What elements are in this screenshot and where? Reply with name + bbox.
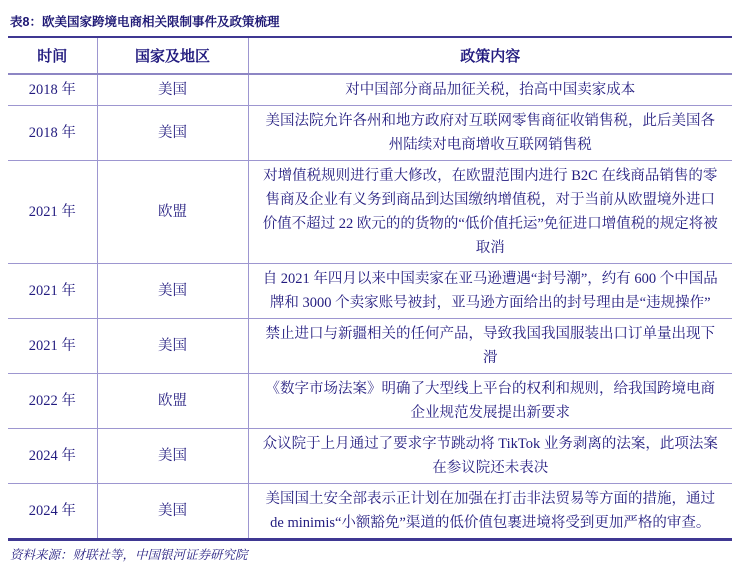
report-page: 表8：欧美国家跨境电商相关限制事件及政策梳理 时间 国家及地区 政策内容 201… [0,0,740,565]
policy-cell: 禁止进口与新疆相关的任何产品，导致我国我国服装出口订单量出现下滑 [248,319,732,374]
time-cell: 2022 年 [8,374,97,429]
region-cell: 美国 [97,106,248,161]
policy-table: 时间 国家及地区 政策内容 2018 年 美国 对中国部分商品加征关税，抬高中国… [8,38,732,541]
region-cell: 美国 [97,319,248,374]
table-row: 2022 年 欧盟 《数字市场法案》明确了大型线上平台的权利和规则，给我国跨境电… [8,374,732,429]
time-cell: 2021 年 [8,319,97,374]
table-row: 2024 年 美国 众议院于上月通过了要求字节跳动将 TikTok 业务剥离的法… [8,429,732,484]
policy-cell: 自 2021 年四月以来中国卖家在亚马逊遭遇“封号潮”，约有 600 个中国品牌… [248,264,732,319]
time-cell: 2018 年 [8,106,97,161]
policy-cell: 对中国部分商品加征关税，抬高中国卖家成本 [248,74,732,106]
region-cell: 美国 [97,429,248,484]
table-row: 2024 年 美国 美国国土安全部表示正计划在加强在打击非法贸易等方面的措施，通… [8,484,732,540]
source-note: 资料来源：财联社等，中国银河证券研究院 [8,541,732,563]
region-cell: 美国 [97,264,248,319]
policy-cell: 美国法院允许各州和地方政府对互联网零售商征收销售税，此后美国各州陆续对电商增收互… [248,106,732,161]
table-header-row: 时间 国家及地区 政策内容 [8,38,732,74]
time-cell: 2024 年 [8,484,97,540]
header-region: 国家及地区 [97,38,248,74]
region-cell: 欧盟 [97,374,248,429]
table-row: 2018 年 美国 对中国部分商品加征关税，抬高中国卖家成本 [8,74,732,106]
table-row: 2021 年 美国 禁止进口与新疆相关的任何产品，导致我国我国服装出口订单量出现… [8,319,732,374]
policy-cell: 美国国土安全部表示正计划在加强在打击非法贸易等方面的措施，通过 de minim… [248,484,732,540]
policy-cell: 对增值税规则进行重大修改，在欧盟范围内进行 B2C 在线商品销售的零售商及企业有… [248,161,732,264]
region-cell: 美国 [97,484,248,540]
policy-cell: 众议院于上月通过了要求字节跳动将 TikTok 业务剥离的法案，此项法案在参议院… [248,429,732,484]
table-row: 2018 年 美国 美国法院允许各州和地方政府对互联网零售商征收销售税，此后美国… [8,106,732,161]
time-cell: 2021 年 [8,161,97,264]
region-cell: 美国 [97,74,248,106]
time-cell: 2024 年 [8,429,97,484]
table-row: 2021 年 美国 自 2021 年四月以来中国卖家在亚马逊遭遇“封号潮”，约有… [8,264,732,319]
policy-cell: 《数字市场法案》明确了大型线上平台的权利和规则，给我国跨境电商企业规范发展提出新… [248,374,732,429]
table-title: 表8：欧美国家跨境电商相关限制事件及政策梳理 [8,10,732,38]
header-policy: 政策内容 [248,38,732,74]
region-cell: 欧盟 [97,161,248,264]
time-cell: 2021 年 [8,264,97,319]
time-cell: 2018 年 [8,74,97,106]
header-time: 时间 [8,38,97,74]
table-row: 2021 年 欧盟 对增值税规则进行重大修改，在欧盟范围内进行 B2C 在线商品… [8,161,732,264]
